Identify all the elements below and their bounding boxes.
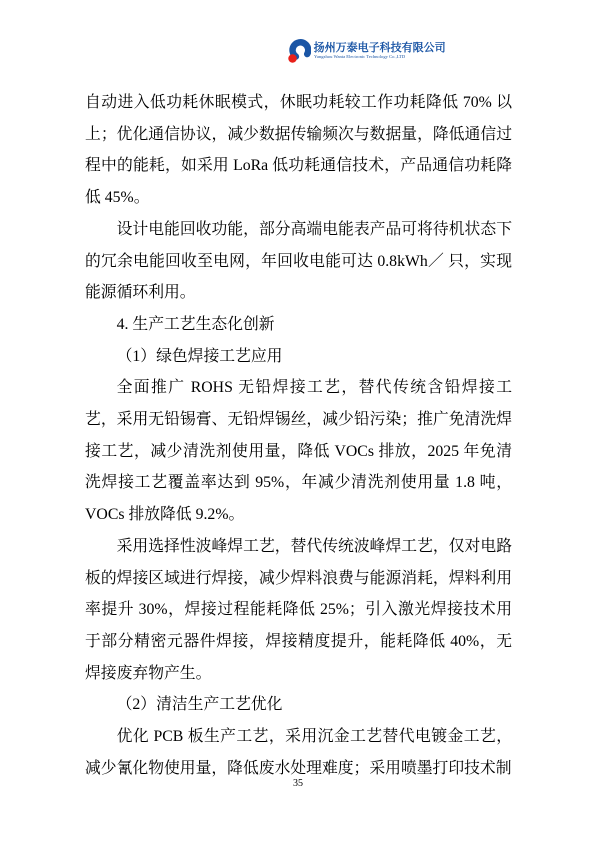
company-logo-icon (287, 39, 311, 65)
heading-section-4: 4. 生产工艺生态化创新 (85, 309, 512, 341)
document-page: 扬州万泰电子科技有限公司 Yangzhou Wanta Electronic T… (0, 0, 596, 842)
company-logo-text: 扬州万泰电子科技有限公司 Yangzhou Wanta Electronic T… (314, 43, 512, 61)
paragraph-continued-low-power: 自动进入低功耗休眠模式，休眠功耗较工作功耗降低 70% 以上；优化通信协议，减少… (85, 87, 512, 214)
company-logo: 扬州万泰电子科技有限公司 Yangzhou Wanta Electronic T… (287, 39, 512, 65)
paragraph-energy-recovery: 设计电能回收功能，部分高端电能表产品可将待机状态下的冗余电能回收至电网，年回收电… (85, 214, 512, 309)
paragraph-pcb-process: 优化 PCB 板生产工艺，采用沉金工艺替代电镀金工艺，减少氰化物使用量，降低废水… (85, 721, 512, 784)
company-name-zh: 扬州万泰电子科技有限公司 (314, 43, 512, 54)
paragraph-selective-wave-soldering: 采用选择性波峰焊工艺，替代传统波峰焊工艺，仅对电路板的焊接区域进行焊接，减少焊料… (85, 531, 512, 690)
paragraph-lead-free-welding: 全面推广 ROHS 无铅焊接工艺，替代传统含铅焊接工艺，采用无铅锡膏、无铅焊锡丝… (85, 372, 512, 531)
page-footer: 35 (0, 778, 596, 789)
document-body: 自动进入低功耗休眠模式，休眠功耗较工作功耗降低 70% 以上；优化通信协议，减少… (85, 87, 512, 784)
company-name-en: Yangzhou Wanta Electronic Technology Co.… (314, 55, 405, 58)
page-number: 35 (293, 778, 303, 789)
heading-sub-1-green-welding: （1）绿色焊接工艺应用 (85, 341, 512, 373)
heading-sub-2-clean-production: （2）清洁生产工艺优化 (85, 689, 512, 721)
